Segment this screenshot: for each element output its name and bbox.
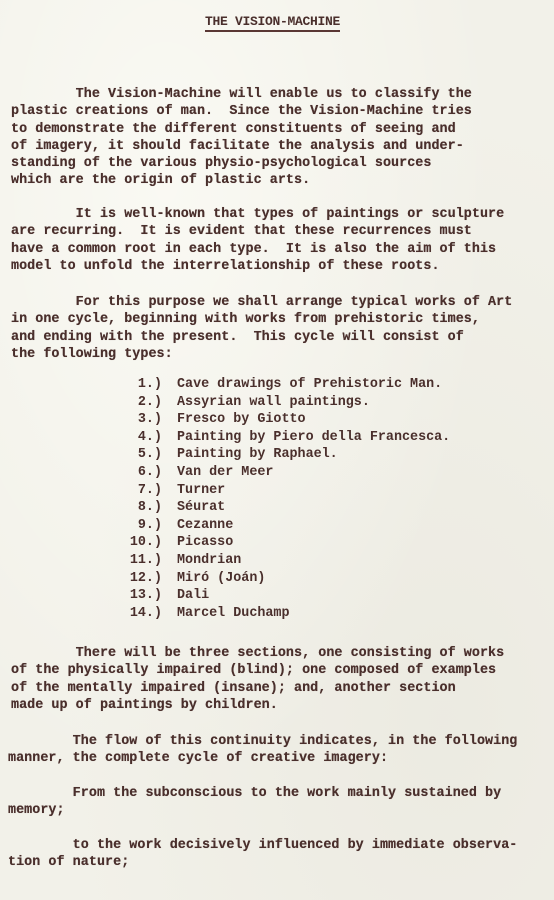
list-item: 10.)Picasso — [116, 534, 450, 552]
list-item: 13.)Dali — [116, 587, 450, 605]
list-item-number: 6.) — [116, 464, 177, 482]
list-item: 5.)Painting by Raphael. — [116, 446, 450, 464]
list-item-number: 1.) — [116, 376, 177, 394]
document-page: THE VISION-MACHINE The Vision-Machine wi… — [0, 0, 554, 900]
list-item-label: Cave drawings of Prehistoric Man. — [177, 376, 442, 394]
list-item-label: Picasso — [177, 534, 233, 552]
list-item-label: Mondrian — [177, 552, 241, 570]
list-item: 2.)Assyrian wall paintings. — [116, 394, 450, 412]
list-item-number: 12.) — [116, 570, 177, 588]
list-item-number: 3.) — [116, 411, 177, 429]
document-title: THE VISION-MACHINE — [205, 14, 340, 32]
list-item: 7.)Turner — [116, 482, 450, 500]
list-item-number: 10.) — [116, 534, 177, 552]
paragraph-intro: The Vision-Machine will enable us to cla… — [11, 86, 472, 190]
paragraph-flow: The flow of this continuity indicates, i… — [8, 733, 517, 768]
list-item-number: 4.) — [116, 429, 177, 447]
list-item: 12.)Miró (Joán) — [116, 570, 450, 588]
list-item-label: Fresco by Giotto — [177, 411, 306, 429]
list-item-label: Assyrian wall paintings. — [177, 394, 370, 412]
list-item-label: Séurat — [177, 499, 225, 517]
list-item-label: Painting by Raphael. — [177, 446, 338, 464]
list-item-number: 5.) — [116, 446, 177, 464]
list-item: 11.)Mondrian — [116, 552, 450, 570]
paragraph-observation: to the work decisively influenced by imm… — [8, 837, 517, 872]
list-item-number: 7.) — [116, 482, 177, 500]
list-item: 8.)Séurat — [116, 499, 450, 517]
list-item-label: Painting by Piero della Francesca. — [177, 429, 450, 447]
list-item-label: Van der Meer — [177, 464, 273, 482]
list-item-label: Miró (Joán) — [177, 570, 265, 588]
list-item-number: 14.) — [116, 605, 177, 623]
list-item-label: Cezanne — [177, 517, 233, 535]
paragraph-cycle-purpose: For this purpose we shall arrange typica… — [11, 294, 512, 363]
paragraph-subconscious: From the subconscious to the work mainly… — [8, 785, 501, 820]
paragraph-recurring-types: It is well-known that types of paintings… — [11, 206, 504, 275]
list-item-number: 9.) — [116, 517, 177, 535]
types-list: 1.)Cave drawings of Prehistoric Man.2.)A… — [116, 376, 450, 622]
list-item-label: Turner — [177, 482, 225, 500]
list-item: 3.)Fresco by Giotto — [116, 411, 450, 429]
list-item: 1.)Cave drawings of Prehistoric Man. — [116, 376, 450, 394]
list-item-label: Marcel Duchamp — [177, 605, 290, 623]
list-item: 6.)Van der Meer — [116, 464, 450, 482]
list-item: 9.)Cezanne — [116, 517, 450, 535]
list-item: 4.)Painting by Piero della Francesca. — [116, 429, 450, 447]
list-item-label: Dali — [177, 587, 209, 605]
list-item: 14.)Marcel Duchamp — [116, 605, 450, 623]
list-item-number: 13.) — [116, 587, 177, 605]
paragraph-three-sections: There will be three sections, one consis… — [11, 645, 504, 714]
list-item-number: 2.) — [116, 394, 177, 412]
list-item-number: 8.) — [116, 499, 177, 517]
list-item-number: 11.) — [116, 552, 177, 570]
